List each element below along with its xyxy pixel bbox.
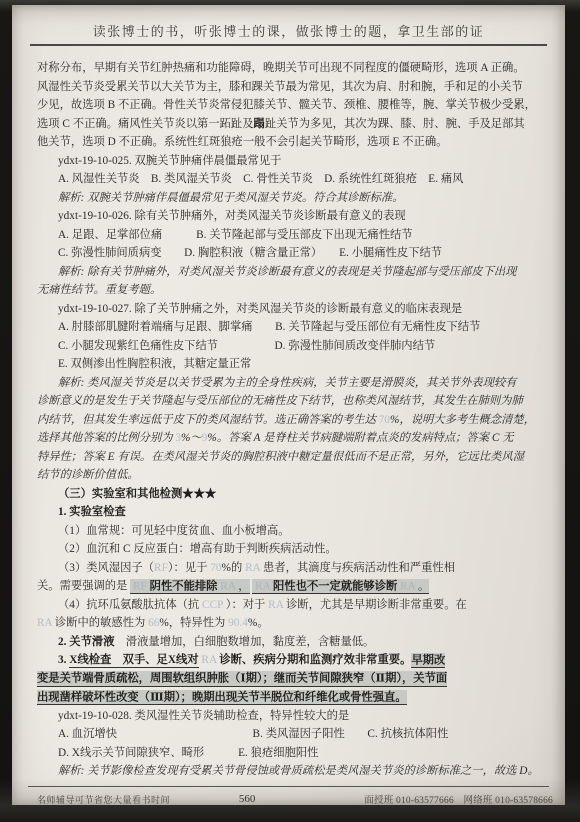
text-segment: A. 血沉增快 B. 类风湿因子阳性 C. 抗核抗体阳性 — [58, 728, 448, 740]
text-segment: %的 — [222, 562, 246, 574]
text-line: 1. 实验室检查 — [37, 503, 562, 522]
highlighted-text: RA — [217, 579, 238, 595]
text-segment: （3）类风湿因子（ — [58, 562, 154, 574]
text-segment: A. 足跟、足掌部位痛 B. 关节隆起部与受压部皮下出现无痛性结节 — [58, 229, 413, 241]
text-line: ydxt-19-10-025. 双腕关节肿痛伴晨僵最常见于 — [37, 152, 562, 171]
faded-text: RA — [199, 654, 220, 666]
highlighted-text: 阴性不能排除 — [150, 579, 218, 595]
faded-text: RA — [268, 599, 283, 611]
text-line: 风湿性关节炎受累关节以大关节为主，膝和踝关节最为常见，其次为肩、肘和腕，手和足的… — [37, 78, 562, 97]
text-segment: （4）抗环瓜氨酸肽抗体（抗 — [58, 599, 202, 611]
explanation-text: %～ — [181, 432, 202, 444]
footer-rule — [28, 786, 549, 787]
highlighted-text: 阳性也不一定就能够诊断 — [273, 579, 397, 595]
text-line: C. 弥漫性肺间质病变 D. 胸腔积液（糖含量正常） E. 小腿痛性皮下结节 — [37, 244, 562, 263]
text-segment: A. 肘膝部肌腱附着端痛与足跟、脚掌痛 B. 关节隆起与受压部位有无痛性皮下结节 — [58, 321, 480, 333]
highlighted-text: 出现凿样破坏性改变（Ⅲ期）；晚期出现关节半脱位和纤维化或骨性强直。 — [37, 690, 407, 706]
text-line: A. 足跟、足掌部位痛 B. 关节隆起部与受压部皮下出现无痛性结节 — [37, 226, 562, 245]
text-line: 解析: 关节影像检查发现有受累关节骨侵蚀或骨质疏松是类风湿关节炎的诊断标准之一，… — [37, 762, 562, 781]
text-line: A. 风湿性关节炎 B. 类风湿关节炎 C. 骨性关节炎 D. 系统性红斑狼疮 … — [37, 170, 562, 189]
text-line: （2）血沉和 C 反应蛋白：增高有助于判断疾病活动性。 — [37, 540, 562, 559]
explanation-text: 解析: 关节影像检查发现有受累关节骨侵蚀或骨质疏松是类风湿关节炎的诊断标准之一，… — [58, 765, 539, 777]
text-segment: （三）实验室和其他检测★★★ — [58, 488, 216, 500]
footer-left-note: 名师辅导可节省您大量看书时间 — [37, 793, 170, 806]
text-segment: （1）血常规：可见轻中度贫血、血小板增高。 — [58, 525, 290, 537]
text-line: 内结节，但其发生率远低于皮下的类风湿结节。选正确答案的考生达 70%，说明大多考… — [37, 411, 562, 430]
explanation-text: 诊断意义的是发生于关节隆起与受压部位的无痛性皮下结节，也称类风湿结节，其发生在肺… — [37, 395, 523, 407]
text-line: 解析: 除有关节肿痛外，对类风湿关节炎诊断最有意义的表现是关节隆起部与受压部皮下… — [37, 263, 562, 282]
explanation-text: 内结节，但其发生率远低于皮下的类风湿结节。选正确答案的考生达 — [37, 414, 379, 426]
faded-text: 70 — [379, 414, 390, 426]
highlighted-text: 变是关节端骨质疏松，周围软组织肿胀（Ⅰ期）；继而关节间隙狭窄（Ⅱ期），关节面 — [37, 671, 447, 687]
text-segment: 趾关节为多见，其次为踝、膝、肘、腕、手及足部其 — [265, 118, 525, 130]
text-line: ydxt-19-10-026. 除有关节肿痛外，对类风湿关节炎诊断最有意义的表现 — [37, 207, 562, 226]
text-segment: 诊断，尤其是早期诊断非常重要。在 — [283, 599, 467, 611]
text-segment: 诊断中的敏感性为 — [52, 617, 148, 629]
text-line: A. 血沉增快 B. 类风湿因子阳性 C. 抗核抗体阳性 — [37, 725, 562, 744]
scanned-book-page: { "header": { "slogan": "读张博士的书，听张博士的课，做… — [0, 0, 580, 822]
footer-right-contacts: 面授班 010-63577666 网络班 010-63578666 — [364, 792, 553, 806]
faded-text: 66 — [148, 617, 159, 629]
text-segment: 3. — [58, 654, 69, 666]
text-line: 特异性；答案 E 有误。在类风湿关节炎的胸腔积液中糖定量很低而不是正常，另外，它… — [37, 448, 562, 467]
explanation-text: 解析: 类风湿关节炎是以关节受累为主的全身性疾病，关节主要是滑膜炎，其关节外表现… — [58, 377, 516, 389]
text-segment: 少见，故选项 B 不正确。骨性关节炎常侵犯膝关节、髋关节、颈椎、腰椎等，腕、掌关… — [37, 99, 536, 111]
text-line: ydxt-19-10-027. 除了关节肿痛之外，对类风湿关节炎的诊断最有意义的… — [37, 300, 562, 319]
text-line: 选择其他答案的比例分别为 3%～9%。答案 A 是脊柱关节病腱端附着点炎的发病特… — [37, 429, 562, 448]
text-segment: %，特异性为 — [159, 617, 228, 629]
text-segment: 患者，其滴度与疾病活动性和严重性相 — [260, 562, 455, 574]
text-segment: 2. 关节滑液 — [58, 636, 115, 648]
page-footer: 名师辅导可节省您大量看书时间 560 面授班 010-63577666 网络班 … — [37, 791, 553, 807]
page: 读张博士的书，听张博士的课，做张博士的题，拿卫生部的证 对称分布，早期有关节红肿… — [12, 5, 565, 805]
text-segment: （2）血沉和 C 反应蛋白：增高有助于判断疾病活动性。 — [58, 543, 337, 555]
faded-text: RF — [154, 562, 168, 574]
highlighted-text: ， — [238, 579, 249, 595]
text-line: （4）抗环瓜氨酸肽抗体（抗 CCP ）：对于 RA 诊断，尤其是早期诊断非常重要… — [37, 596, 562, 615]
text-line: D. X线示关节间隙狭窄、畸形 E. 狼疮细胞阳性 — [37, 744, 562, 763]
header-rule — [30, 44, 547, 46]
text-segment: ydxt-19-10-025. 双腕关节肿痛伴晨僵最常见于 — [58, 155, 281, 167]
text-segment: 选项 C 不正确。痛风性关节炎以第一跖趾及 — [37, 118, 254, 130]
explanation-text: 解析: 双腕关节肿痛伴晨僵最常见于类风湿关节炎。符合其诊断标准。 — [58, 192, 404, 204]
faded-text: RA — [37, 617, 52, 629]
text-line: 出现凿样破坏性改变（Ⅲ期）；晚期出现关节半脱位和纤维化或骨性强直。 — [37, 688, 562, 707]
text-line: 变是关节端骨质疏松，周围软组织肿胀（Ⅰ期）；继而关节间隙狭窄（Ⅱ期），关节面 — [37, 670, 562, 689]
text-segment: X线检查 双手、足X线对 — [69, 654, 198, 668]
text-segment: ydxt-19-10-027. 除了关节肿痛之外，对类风湿关节炎的诊断最有意义的… — [58, 303, 462, 315]
text-segment: 诊断、疾病分期和监测疗效非常重要。 — [219, 654, 411, 666]
text-segment: 风湿性关节炎受累关节以大关节为主，膝和踝关节最为常见，其次为肩、肘和腕，手和足的… — [37, 81, 523, 93]
text-line: C. 小腿发现紫红色痛性皮下结节 D. 弥漫性肺间质改变伴肺内结节 — [37, 337, 562, 356]
faded-text: 70 — [210, 562, 221, 574]
text-segment: 他关节，选项 D 不正确。系统性红斑狼疮一般不会引起关节畸形，选项 E 不正确。 — [37, 136, 447, 148]
text-segment: %。 — [248, 617, 269, 629]
text-segment: 关。需要强调的是 — [37, 580, 130, 592]
faded-text: CCP — [202, 599, 223, 611]
text-segment: 蹋 — [254, 118, 265, 130]
highlighted-text: 早期改 — [411, 653, 445, 669]
text-line: 3. X线检查 双手、足X线对 RA 诊断、疾病分期和监测疗效非常重要。早期改 — [37, 651, 562, 670]
text-line: 2. 关节滑液 滑液量增加，白细胞数增加，黏度差，含糖量低。 — [37, 633, 562, 652]
text-segment: ydxt-19-10-028. 类风湿性关节炎辅助检查，特异性较大的是 — [58, 710, 349, 722]
text-line: RA 诊断中的敏感性为 66%，特异性为 90.4%。 — [37, 614, 562, 633]
explanation-text: %。答案 A 是脊柱关节病腱端附着点炎的发病特点；答案 C 无 — [207, 432, 513, 444]
header-slogan: 读张博士的书，听张博士的课，做张博士的题，拿卫生部的证 — [12, 21, 565, 40]
text-line: 解析: 双腕关节肿痛伴晨僵最常见于类风湿关节炎。符合其诊断标准。 — [37, 189, 562, 208]
text-line: 对称分布，早期有关节红肿热痛和功能障碍，晚期关节可出现不同程度的僵硬畸形，选项 … — [37, 59, 562, 78]
text-line: 诊断意义的是发生于关节隆起与受压部位的无痛性皮下结节，也称类风湿结节，其发生在肺… — [37, 392, 562, 411]
text-segment: 滑液量增加，白细胞数增加，黏度差，含糖量低。 — [115, 636, 375, 648]
text-line: （1）血常规：可见轻中度贫血、血小板增高。 — [37, 522, 562, 541]
highlighted-text: 。 — [418, 579, 429, 595]
text-line: （3）类风湿因子（RF）：见于 70%的 RA 患者，其滴度与疾病活动性和严重性… — [37, 559, 562, 578]
text-line: ydxt-19-10-028. 类风湿性关节炎辅助检查，特异性较大的是 — [37, 707, 562, 726]
text-segment: D. X线示关节间隙狭窄、畸形 E. 狼疮细胞阳性 — [58, 747, 318, 759]
text-line: 他关节，选项 D 不正确。系统性红斑狼疮一般不会引起关节畸形，选项 E 不正确。 — [37, 133, 562, 152]
text-segment: C. 小腿发现紫红色痛性皮下结节 D. 弥漫性肺间质改变伴肺内结节 — [58, 340, 435, 352]
text-line: 无痛性结节。重复考题。 — [37, 281, 562, 300]
text-line: 解析: 类风湿关节炎是以关节受累为主的全身性疾病，关节主要是滑膜炎，其关节外表现… — [37, 374, 562, 393]
text-segment: ）：对于 — [223, 599, 268, 611]
explanation-text: 无痛性结节。重复考题。 — [37, 284, 161, 296]
faded-text: RA — [245, 562, 260, 574]
page-number: 560 — [170, 793, 364, 805]
highlighted-text: RF — [130, 579, 149, 595]
text-line: 关。需要强调的是 RF 阴性不能排除 RA ， RA 阳性也不一定就能够诊断 R… — [37, 577, 562, 596]
text-segment: 对称分布，早期有关节红肿热痛和功能障碍，晚期关节可出现不同程度的僵硬畸形，选项 … — [37, 62, 525, 74]
text-line: 结节的诊断价值低。 — [37, 466, 562, 485]
highlighted-text: RA — [252, 579, 273, 595]
text-segment: 1. 实验室检查 — [58, 506, 126, 518]
explanation-text: 结节的诊断价值低。 — [37, 469, 139, 481]
explanation-text: 选择其他答案的比例分别为 — [37, 432, 175, 444]
text-line: E. 双侧渗出性胸腔积液，其糖定量正常 — [37, 355, 562, 374]
text-line: A. 肘膝部肌腱附着端痛与足跟、脚掌痛 B. 关节隆起与受压部位有无痛性皮下结节 — [37, 318, 562, 337]
highlighted-text: RA — [397, 579, 418, 595]
page-body: 对称分布，早期有关节红肿热痛和功能障碍，晚期关节可出现不同程度的僵硬畸形，选项 … — [37, 59, 562, 781]
explanation-text: 特异性；答案 E 有误。在类风湿关节炎的胸腔积液中糖定量很低而不是正常，另外，它… — [37, 451, 524, 463]
text-segment: E. 双侧渗出性胸腔积液，其糖定量正常 — [58, 358, 251, 370]
text-line: 选项 C 不正确。痛风性关节炎以第一跖趾及蹋趾关节为多见，其次为踝、膝、肘、腕、… — [37, 115, 562, 134]
text-segment: A. 风湿性关节炎 B. 类风湿关节炎 C. 骨性关节炎 D. 系统性红斑狼疮 … — [58, 173, 463, 185]
faded-text: 90.4 — [228, 617, 248, 629]
text-line: 少见，故选项 B 不正确。骨性关节炎常侵犯膝关节、髋关节、颈椎、腰椎等，腕、掌关… — [37, 96, 562, 115]
text-segment: C. 弥漫性肺间质病变 D. 胸腔积液（糖含量正常） E. 小腿痛性皮下结节 — [58, 247, 442, 259]
explanation-text: %，说明大多考生概念清楚， — [390, 414, 535, 426]
text-segment: ydxt-19-10-026. 除有关节肿痛外，对类风湿关节炎诊断最有意义的表现 — [58, 210, 406, 222]
text-line: （三）实验室和其他检测★★★ — [37, 485, 562, 504]
explanation-text: 解析: 除有关节肿痛外，对类风湿关节炎诊断最有意义的表现是关节隆起部与受压部皮下… — [58, 266, 516, 278]
text-segment: ）：见于 — [168, 562, 210, 574]
